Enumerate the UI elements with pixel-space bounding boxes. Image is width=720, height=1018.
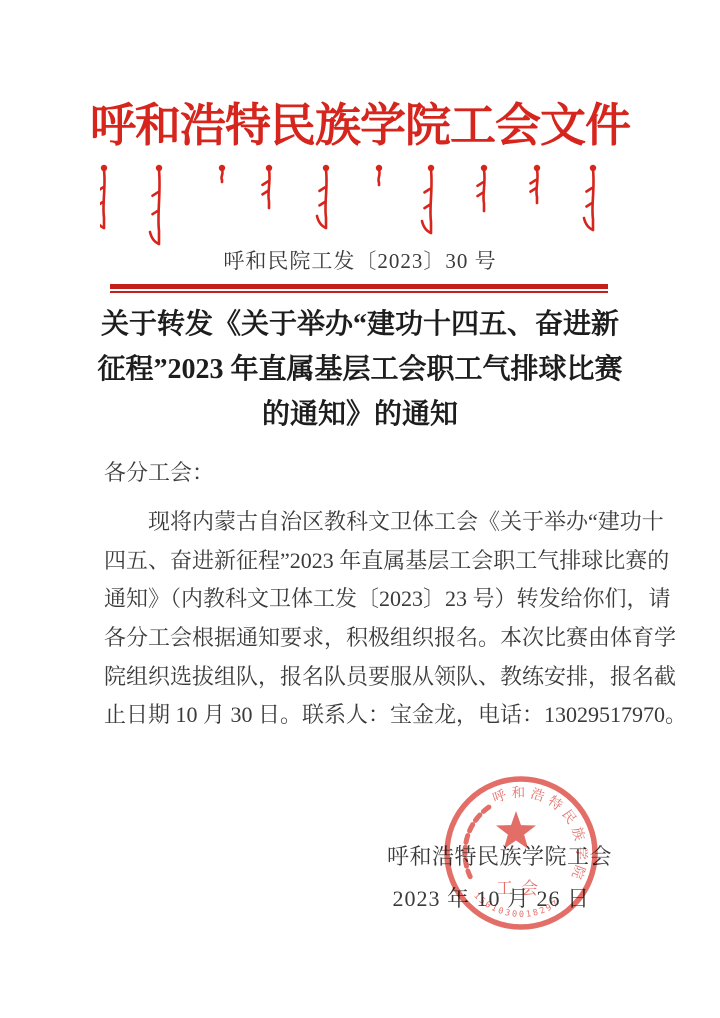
official-document-page: 呼和浩特民族学院工会文件 呼和民院工发〔2023〕30 号 关于转发《关于举办“… xyxy=(0,0,720,1018)
letterhead-title: 呼和浩特民族学院工会文件 xyxy=(0,94,720,158)
document-title-line-3: 的通知》的通知 xyxy=(40,392,680,437)
document-title-line-1: 关于转发《关于举办“建功十四五、奋进新 xyxy=(40,302,680,347)
body-line: 通知》（内教科文卫体工发〔2023〕23 号）转发给你们，请 xyxy=(104,580,621,619)
red-separator-rule xyxy=(110,284,608,293)
document-title-line-2: 征程”2023 年直属基层工会职工气排球比赛 xyxy=(40,347,680,392)
body-line: 各分工会根据通知要求，积极组织报名。本次比赛由体育学 xyxy=(104,619,621,658)
body-line: 四五、奋进新征程”2023 年直属基层工会职工气排球比赛的 xyxy=(104,542,621,581)
document-number: 呼和民院工发〔2023〕30 号 xyxy=(0,245,720,275)
body-line: 止日期 10 月 30 日。联系人：宝金龙，电话：13029517970。 xyxy=(104,696,621,735)
signature-organization: 呼和浩特民族学院工会 xyxy=(387,840,612,871)
rule-bar-thin xyxy=(110,291,608,293)
body-line: 现将内蒙古自治区教科文卫体工会《关于举办“建功十 xyxy=(104,503,621,542)
mongolian-script-row xyxy=(100,163,620,249)
salutation: 各分工会： xyxy=(104,456,621,503)
document-body: 各分工会： 现将内蒙古自治区教科文卫体工会《关于举办“建功十 四五、奋进新征程”… xyxy=(104,456,621,735)
document-title: 关于转发《关于举办“建功十四五、奋进新 征程”2023 年直属基层工会职工气排球… xyxy=(40,302,680,437)
signature-date: 2023 年 10 月 26 日 xyxy=(392,882,590,913)
body-line: 院组织选拔组队，报名队员要服从领队、教练安排，报名截 xyxy=(104,658,621,697)
